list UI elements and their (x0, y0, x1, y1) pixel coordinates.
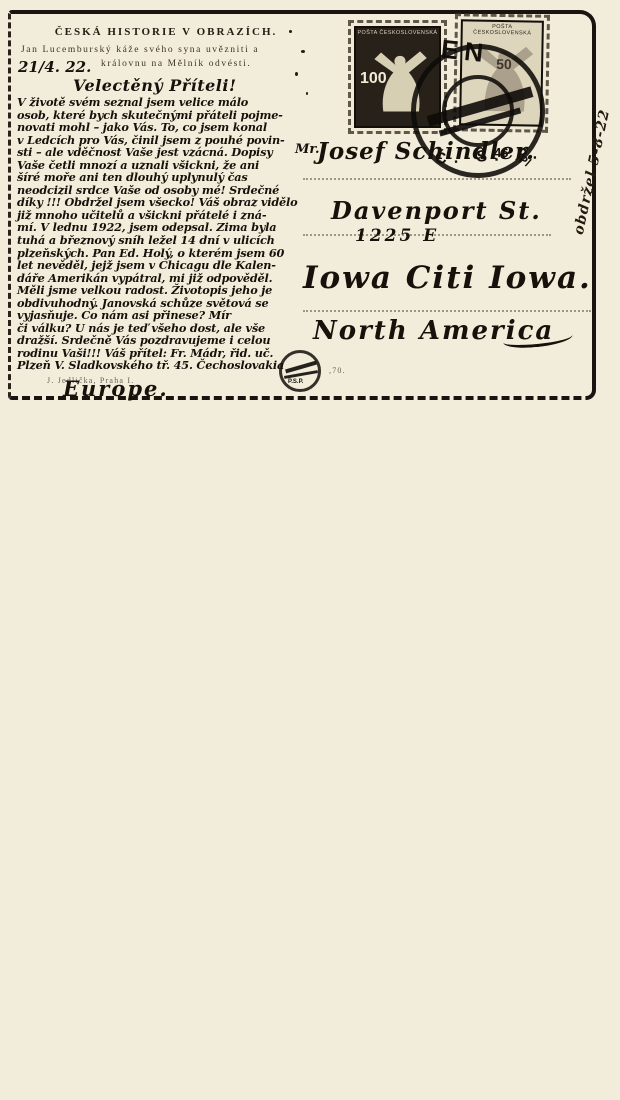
salutation: Velectěný Příteli! (73, 76, 236, 95)
printed-series-title: ČESKÁ HISTORIE V OBRAZÍCH. (41, 26, 291, 38)
postcard-frame: ČESKÁ HISTORIE V OBRAZÍCH. Jan Lucemburs… (8, 10, 596, 400)
europe-note: Europe. (63, 376, 169, 401)
address-street: Davenport St. (331, 196, 542, 225)
signature-flourish (502, 328, 573, 350)
ink-speck (289, 30, 292, 33)
received-side-note: obdržel 5-8-22 (567, 87, 618, 257)
printed-caption-line1: Jan Lucemburský káže svého syna uvězniti… (21, 45, 259, 55)
ink-speck (295, 72, 298, 76)
ink-speck (306, 92, 308, 95)
ink-speck (301, 50, 305, 53)
address-name: Josef Schindler. (317, 138, 535, 165)
stamp-100-country-label: POŠTA ČESKOSLOVENSKÁ (356, 30, 439, 36)
address-guide-line (303, 178, 571, 180)
address-guide-line (303, 310, 591, 312)
scanned-postcard-page: ČESKÁ HISTORIE V OBRAZÍCH. Jan Lucemburs… (0, 0, 620, 1100)
printed-caption-line2: královnu na Mělník odvésti. (101, 59, 251, 69)
message-body: V životě svém seznal jsem velice málo os… (17, 96, 319, 372)
address-honorific: Mr. (295, 142, 320, 157)
receipt-postmark: P.S.P. (279, 350, 321, 392)
handwritten-date: 21/4. 22. (18, 58, 91, 76)
stray-number: ,70. (329, 366, 346, 375)
address-city: Iowa Citi Iowa. (303, 260, 592, 296)
address-number: 1225 E (355, 226, 439, 246)
receipt-postmark-letters: P.S.P. (288, 379, 303, 385)
